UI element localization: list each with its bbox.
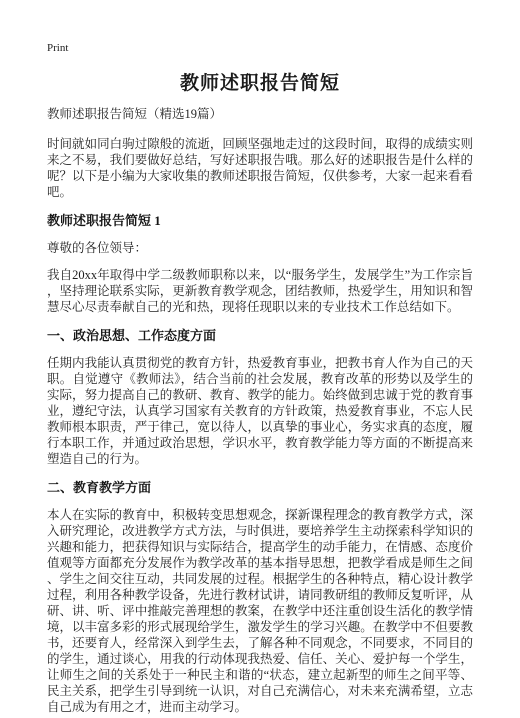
paragraph-political-thought: 任期内我能认真贯彻党的教育方针，热爱教育事业，把教书育人作为自己的天职。自觉遵守…	[47, 355, 473, 467]
paragraph-education-teaching: 本人在实际的教育中，积极转变思想观念，探新课程理念的教育教学方式，深入研究理论，…	[47, 507, 473, 715]
document-page: Print 教师述职报告简短 教师述职报告简短（精选19篇） 时间就如同白驹过隙…	[0, 0, 520, 718]
print-link[interactable]: Print	[47, 42, 68, 54]
page-title: 教师述职报告简短	[47, 71, 473, 96]
section-heading-political-thought: 一、政治思想、工作态度方面	[47, 327, 473, 344]
paragraph-opening: 我自20xx年取得中学二级教师职称以来，以“服务学生，发展学生”为工作宗旨，坚持…	[47, 267, 473, 315]
doc-subtitle: 教师述职报告简短（精选19篇）	[47, 106, 473, 122]
section-heading-report-1: 教师述职报告简短 1	[47, 212, 473, 229]
paragraph-intro: 时间就如同白驹过隙般的流逝，回顾坚强地走过的这段时间，取得的成绩实则来之不易，我…	[47, 136, 473, 200]
section-heading-education-teaching: 二、教育教学方面	[47, 479, 473, 496]
salutation: 尊敬的各位领导：	[47, 240, 473, 256]
